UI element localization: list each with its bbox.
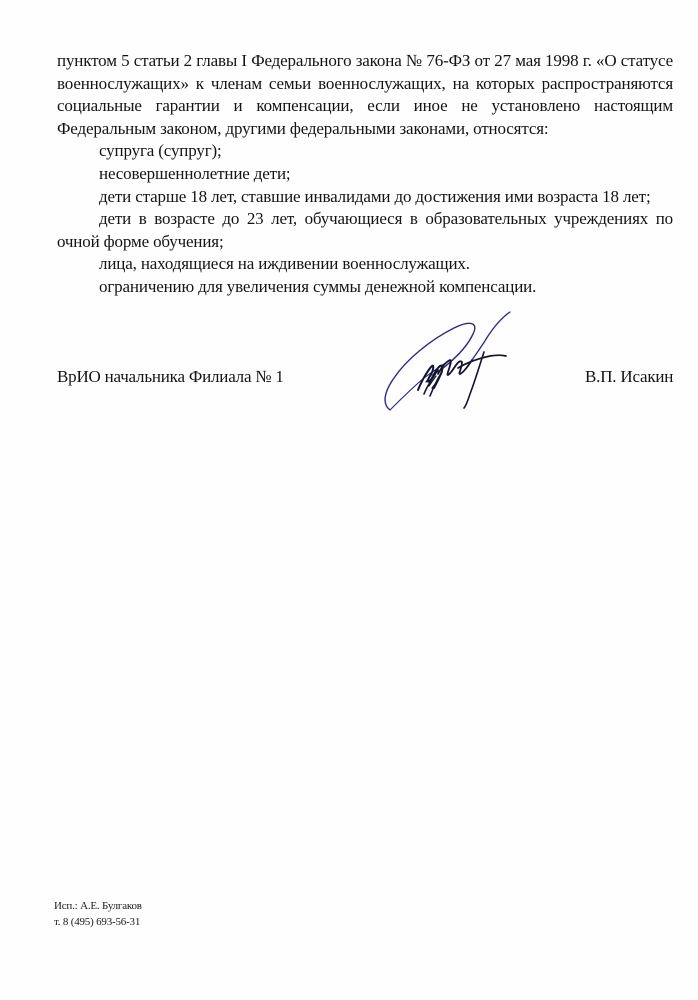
executor-label: Исп.: А.Е. Булгаков xyxy=(54,898,142,914)
list-item-spouse: супруга (супруг); xyxy=(57,140,673,163)
document-footer: Исп.: А.Е. Булгаков т. 8 (495) 693-56-31 xyxy=(54,898,142,930)
list-item-minor-children: несовершеннолетние дети; xyxy=(57,163,673,186)
signatory-position: ВрИО начальника Филиала № 1 xyxy=(57,366,284,388)
document-page: пунктом 5 статьи 2 главы I Федерального … xyxy=(0,0,698,1000)
intro-paragraph: пунктом 5 статьи 2 главы I Федерального … xyxy=(57,50,673,140)
list-item-compensation-limit: ограничению для увеличения суммы денежно… xyxy=(57,276,673,299)
executor-phone: т. 8 (495) 693-56-31 xyxy=(54,914,142,930)
handwritten-signature-icon xyxy=(372,308,532,413)
signature-block: ВрИО начальника Филиала № 1 В.П. Исакин xyxy=(0,366,698,390)
list-item-student-children: дети в возрасте до 23 лет, обучающиеся в… xyxy=(57,208,673,253)
document-body: пунктом 5 статьи 2 главы I Федерального … xyxy=(57,50,673,299)
list-item-dependents: лица, находящиеся на иждивении военнослу… xyxy=(57,253,673,276)
list-item-disabled-children: дети старше 18 лет, ставшие инвалидами д… xyxy=(57,186,673,209)
signatory-name: В.П. Исакин xyxy=(585,366,673,388)
